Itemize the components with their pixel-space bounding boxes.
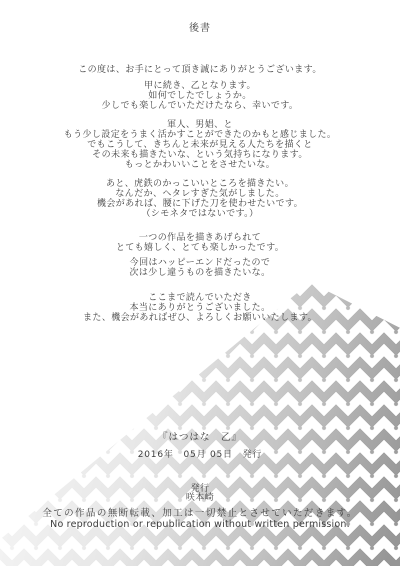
book-title: 『はつはな 乙』 xyxy=(0,433,400,443)
publisher-name: 咲本崎 xyxy=(0,493,400,503)
publication-date: 2016年 05月 05日 発行 xyxy=(0,450,400,460)
afterword-paragraph: 一つの作品を描きあげられて とても嬉しく、とても楽しかったです。 xyxy=(0,233,400,253)
afterword-line: 少しでも楽しんでいただけたなら、幸いです。 xyxy=(0,101,400,111)
afterword-line: あと、虎鉄のかっこいいところを描きたい。 xyxy=(0,179,400,189)
afterword-line: 軍人、男娼、と xyxy=(0,120,400,130)
copyright-notice-jp: 全ての作品の無断転載、加工は一切禁止とさせていただきます。 xyxy=(0,509,400,519)
afterword-line: 機会があれば、腰に下げた刀を使わせたいです。 xyxy=(0,199,400,209)
page-title: 後書 xyxy=(0,24,400,34)
afterword-line: 一つの作品を描きあげられて xyxy=(0,233,400,243)
afterword-line: 如何でしたでしょうか。 xyxy=(0,91,400,101)
afterword-line: 次は少し違うものを描きたいな。 xyxy=(0,268,400,278)
afterword-line: その未来も描きたいな、という気持ちになります。 xyxy=(0,150,400,160)
afterword-line: （シモネタではないです。） xyxy=(0,209,400,219)
afterword-line: また、機会があればぜひ、よろしくお願いいたします。 xyxy=(0,313,400,323)
afterword-line: もう少し設定をうまく活かすことができたのかもと感じました。 xyxy=(0,130,400,140)
afterword-line: 本当にありがとうございました。 xyxy=(0,303,400,313)
afterword-line: なんだか、ヘタレすぎた気がしました。 xyxy=(0,189,400,199)
afterword-line: この度は、お手にとって頂き誠にありがとうございます。 xyxy=(0,65,400,75)
afterword-paragraph: 軍人、男娼、と もう少し設定をうまく活かすことができたのかもと感じました。 でも… xyxy=(0,120,400,170)
afterword-line: でもこうして、きちんと未来が見える人たちを描くと xyxy=(0,140,400,150)
afterword-paragraph: 今回はハッピーエンドだったので 次は少し違うものを描きたいな。 xyxy=(0,258,400,278)
copyright-notice-en: No reproduction or republication without… xyxy=(0,520,400,530)
afterword-page: 後書 この度は、お手にとって頂き誠にありがとうございます。 甲に続き、乙となりま… xyxy=(0,0,400,566)
afterword-line: ここまで読んでいただき xyxy=(0,293,400,303)
afterword-paragraph: この度は、お手にとって頂き誠にありがとうございます。 xyxy=(0,65,400,75)
afterword-line: もっとかわいいことをさせたいな。 xyxy=(0,160,400,170)
afterword-line: 今回はハッピーエンドだったので xyxy=(0,258,400,268)
afterword-paragraph: あと、虎鉄のかっこいいところを描きたい。 なんだか、ヘタレすぎた気がしました。 … xyxy=(0,179,400,219)
afterword-paragraph: 甲に続き、乙となります。 如何でしたでしょうか。 少しでも楽しんでいただけたなら… xyxy=(0,81,400,111)
afterword-paragraph: ここまで読んでいただき 本当にありがとうございました。 また、機会があればぜひ、… xyxy=(0,293,400,323)
afterword-line: とても嬉しく、とても楽しかったです。 xyxy=(0,243,400,253)
afterword-line: 甲に続き、乙となります。 xyxy=(0,81,400,91)
